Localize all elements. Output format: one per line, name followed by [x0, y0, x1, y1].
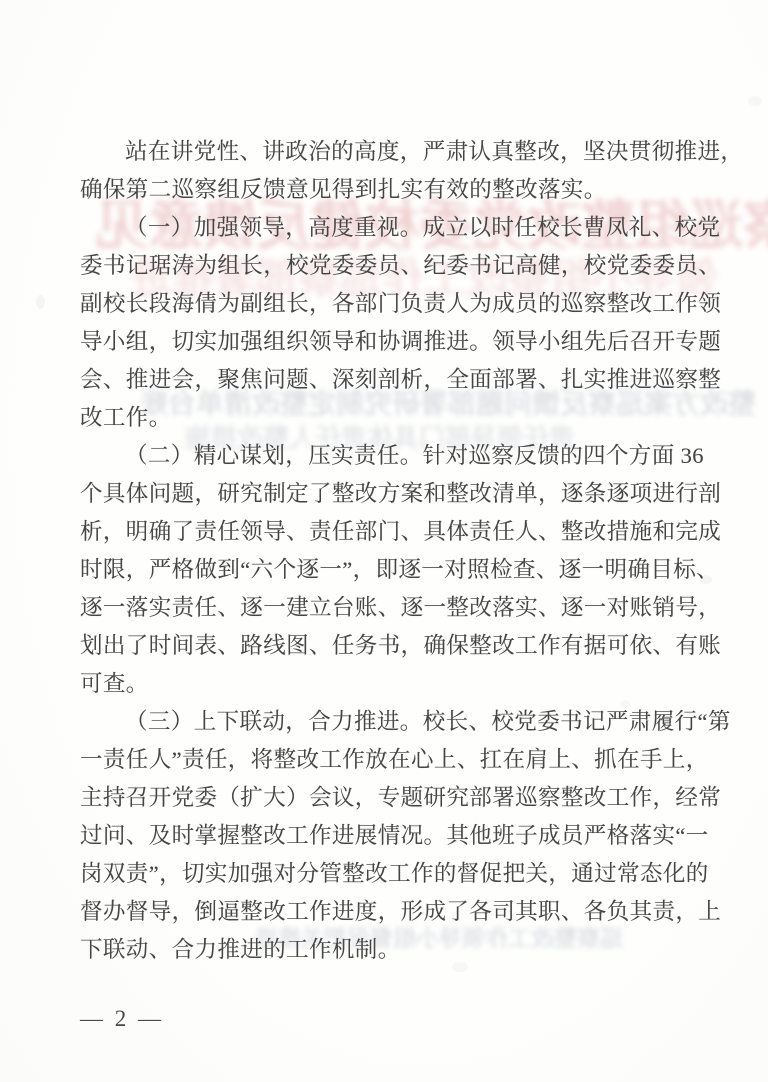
- text-line: 会、推进会，聚焦问题、深刻剖析，全面部署、扎实推进巡察整: [80, 361, 710, 399]
- text-line: 时限，严格做到“六个逐一”，即逐一对照检查、逐一明确目标、: [80, 551, 710, 589]
- text-line: 督办督导，倒逼整改工作进度，形成了各司其职、各负其责，上: [80, 893, 710, 931]
- text-line: 一责任人”责任，将整改工作放在心上、扛在肩上、抓在手上，: [80, 741, 710, 779]
- text-line: （三）上下联动，合力推进。校长、校党委书记严肃履行“第: [80, 703, 710, 741]
- text-line: 导小组，切实加强组织领导和协调推进。领导小组先后召开专题: [80, 323, 710, 361]
- text-line: 划出了时间表、路线图、任务书，确保整改工作有据可依、有账: [80, 627, 710, 665]
- text-line: 确保第二巡察组反馈意见得到扎实有效的整改落实。: [80, 171, 710, 209]
- text-line: 过问、及时掌握整改工作进展情况。其他班子成员严格落实“一: [80, 817, 710, 855]
- scan-speckle: [36, 295, 45, 309]
- text-line: 逐一落实责任、逐一建立台账、逐一整改落实、逐一对账销号，: [80, 589, 710, 627]
- text-line: 岗双责”，切实加强对分管整改工作的督促把关，通过常态化的: [80, 855, 710, 893]
- text-line: 下联动、合力推进的工作机制。: [80, 931, 710, 969]
- text-line: 析，明确了责任领导、责任部门、具体责任人、整改措施和完成: [80, 513, 710, 551]
- text-line: 改工作。: [80, 399, 710, 437]
- text-line: 站在讲党性、讲政治的高度，严肃认真整改，坚决贯彻推进，: [80, 133, 710, 171]
- page-number: — 2 —: [80, 1006, 164, 1032]
- text-line: （二）精心谋划，压实责任。针对巡察反馈的四个方面 36: [80, 437, 710, 475]
- text-line: 副校长段海倩为副组长，各部门负责人为成员的巡察整改工作领: [80, 285, 710, 323]
- scan-speckle: [748, 96, 762, 106]
- text-line: （一）加强领导，高度重视。成立以时任校长曹凤礼、校党: [80, 209, 710, 247]
- text-line: 委书记琚涛为组长，校党委委员、纪委书记高健，校党委委员、: [80, 247, 710, 285]
- text-line: 可查。: [80, 665, 710, 703]
- text-line: 主持召开党委（扩大）会议，专题研究部署巡察整改工作，经常: [80, 779, 710, 817]
- scanned-document-page: 察巡组整改党委校健反馈意见领导小组整改工作巡察部署推进整改方案巡察反馈问题部署研…: [0, 0, 768, 1082]
- text-block: 站在讲党性、讲政治的高度，严肃认真整改，坚决贯彻推进，确保第二巡察组反馈意见得到…: [80, 133, 710, 969]
- text-line: 个具体问题，研究制定了整改方案和整改清单，逐条逐项进行剖: [80, 475, 710, 513]
